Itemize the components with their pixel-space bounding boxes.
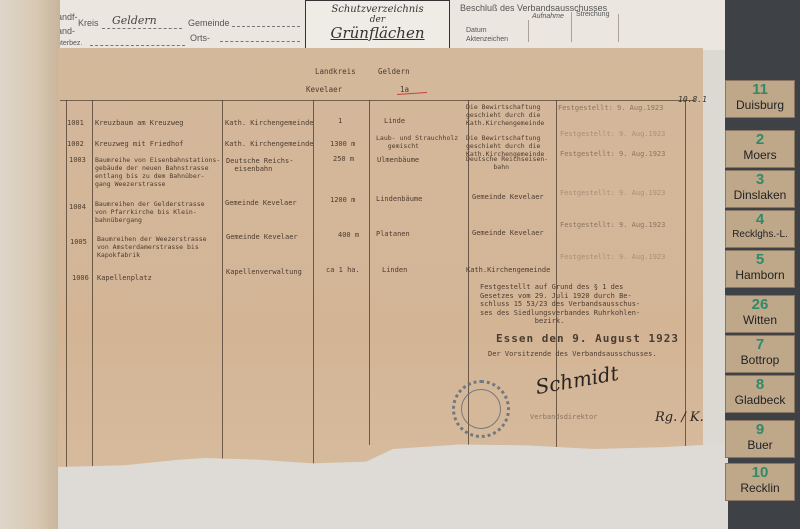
decision-col-streichung: Streichung: [576, 11, 609, 18]
kreis-label: Kreis: [78, 18, 99, 28]
row-owner: Gemeinde Kevelaer: [225, 199, 297, 207]
place-date: Essen den 9. August 1923: [496, 332, 679, 345]
row-status: Festgestellt: 9. Aug.1923: [560, 130, 665, 138]
row-name: Kapellenplatz: [97, 274, 152, 282]
row-size: 1300 m: [330, 140, 355, 148]
decision-row-aktenzeichen: Aktenzeichen: [466, 36, 508, 43]
row-size: 1200 m: [330, 196, 355, 204]
chair-line: Der Vorsitzende des Verbandsausschusses.: [488, 350, 657, 358]
row-owner: Kath. Kirchengemeinde: [225, 119, 314, 127]
col-rule: [313, 100, 314, 470]
row-number: 1006: [72, 274, 89, 282]
tab-recklinghausen-land[interactable]: 4Recklghs.-L.: [725, 210, 795, 248]
col-rule: [556, 100, 557, 460]
row-size: 1: [338, 117, 342, 125]
kreis-line: [102, 28, 182, 29]
row-name: Kreuzweg mit Friedhof: [95, 140, 184, 148]
tab-dinslaken[interactable]: 3Dinslaken: [725, 170, 795, 208]
row-owner: Kapellenverwaltung: [226, 268, 302, 276]
row-owner: Deutsche Reichs- eisenbahn: [226, 157, 293, 173]
row-owner: Gemeinde Kevelaer: [226, 233, 298, 241]
row-management: Die Bewirtschaftung geschieht durch die …: [466, 103, 544, 127]
row-type: Platanen: [376, 230, 410, 238]
col-rule: [66, 100, 67, 495]
row-management: Gemeinde Kevelaer: [472, 229, 544, 237]
gemeinde-line: [232, 26, 300, 27]
form-title-box: Schutzverzeichnis der Grünflächen: [305, 0, 450, 50]
municipality: Kevelaer: [306, 86, 342, 94]
district-label: Landkreis: [315, 68, 356, 76]
decision-row-datum: Datum: [466, 27, 487, 34]
row-status: Festgestellt: 9. Aug.1923: [560, 150, 665, 158]
row-type: Linde: [384, 117, 405, 125]
row-name: Baumreihen der Gelderstrasse von Pfarrki…: [95, 200, 205, 224]
row-number: 1003: [69, 156, 86, 164]
kreis-value: Geldern: [112, 14, 157, 27]
tab-witten[interactable]: 26Witten: [725, 295, 795, 333]
decision-divider: [571, 12, 572, 42]
role-line: Verbandsdirektor: [530, 413, 597, 421]
orts-label: Orts-: [190, 33, 210, 43]
row-number: 1002: [67, 140, 84, 148]
decision-divider: [528, 20, 529, 42]
row-type: Laub- und Strauchholz gemischt: [376, 134, 458, 150]
col-rule: [369, 100, 370, 445]
tab-hamborn[interactable]: 5Hamborn: [725, 250, 795, 288]
tab-recklinghausen[interactable]: 10Recklin: [725, 463, 795, 501]
title-line1: Schutzverzeichnis: [306, 4, 449, 15]
row-status: Festgestellt: 9. Aug.1923: [560, 253, 665, 261]
row-number: 1005: [70, 238, 87, 246]
row-management: Deutsche Reichseisen- bahn: [466, 155, 548, 171]
row-management: Gemeinde Kevelaer: [472, 193, 544, 201]
row-name: Kreuzbaum am Kreuzweg: [95, 119, 184, 127]
row-number: 1004: [69, 203, 86, 211]
gemeinde-label: Gemeinde: [188, 18, 230, 28]
district-value: Geldern: [378, 68, 410, 76]
tab-duisburg[interactable]: 11Duisburg: [725, 80, 795, 118]
row-name: Baumreihen der Weezerstrasse von Amsterd…: [97, 235, 207, 259]
row-size: 400 m: [338, 231, 359, 239]
orts-line: [220, 41, 300, 42]
margin-note: 10.8.1: [678, 96, 707, 104]
official-seal: [452, 380, 510, 438]
tab-bottrop[interactable]: 7Bottrop: [725, 335, 795, 373]
title-line3: Grünflächen: [306, 25, 449, 41]
row-status: Festgestellt: 9. Aug.1923: [560, 221, 665, 229]
row-status: Festgestellt: 9. Aug.1923: [558, 104, 663, 112]
tab-gladbeck[interactable]: 8Gladbeck: [725, 375, 795, 413]
unterbez-line: [90, 45, 185, 46]
col-rule: [222, 100, 223, 502]
tab-moers[interactable]: 2Moers: [725, 130, 795, 168]
row-owner: Kath. Kirchengemeinde: [225, 140, 314, 148]
decision-divider: [618, 14, 619, 42]
col-rule: [92, 100, 93, 498]
binder-edge: [0, 0, 60, 529]
row-size: ca 1 ha.: [326, 266, 360, 274]
row-number: 1001: [67, 119, 84, 127]
decision-col-aufnahme: Aufnahme: [532, 13, 564, 20]
row-size: 250 m: [333, 155, 354, 163]
row-type: Lindenbäume: [376, 195, 422, 203]
row-management: Kath.Kirchengemeinde: [466, 266, 550, 274]
handwritten-initials: Rg. / K.: [655, 410, 704, 425]
row-type: Linden: [382, 266, 407, 274]
row-name: Baumreihe von Eisenbahnstations- gebäude…: [95, 156, 220, 188]
table-top-rule: [60, 100, 695, 101]
tab-buer[interactable]: 9Buer: [725, 420, 795, 458]
row-type: Ulmenbäume: [377, 156, 419, 164]
certification-text: Festgestellt auf Grund des § 1 des Geset…: [480, 283, 640, 326]
row-status: Festgestellt: 9. Aug.1923: [560, 189, 665, 197]
